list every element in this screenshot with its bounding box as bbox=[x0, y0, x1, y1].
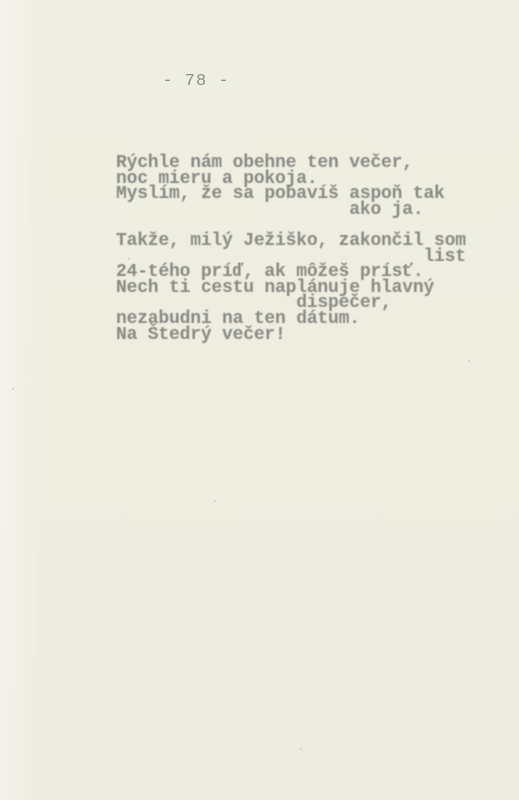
scanned-page: - 78 - Rýchle nám obehne ten večer,noc m… bbox=[0, 0, 519, 800]
poem-line: ako ja. bbox=[116, 203, 466, 219]
paper-speck bbox=[300, 748, 302, 750]
paper-speck bbox=[12, 388, 14, 390]
poem-line: Na Štedrý večer! bbox=[116, 328, 466, 344]
poem-text: Rýchle nám obehne ten večer,noc mieru a … bbox=[116, 156, 466, 343]
paper-speck bbox=[214, 500, 216, 502]
page-number: - 78 - bbox=[156, 72, 236, 91]
paper-speck bbox=[128, 258, 130, 260]
paper-speck bbox=[468, 360, 470, 362]
